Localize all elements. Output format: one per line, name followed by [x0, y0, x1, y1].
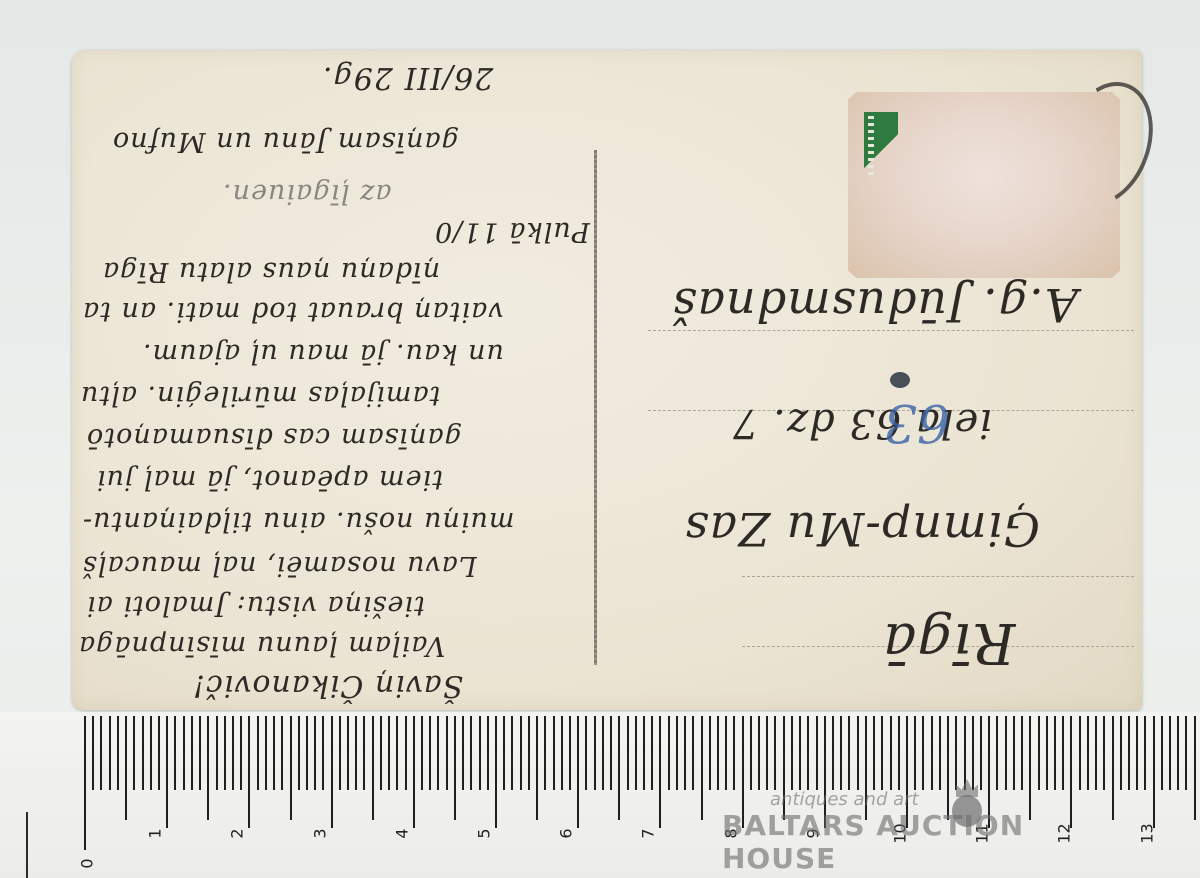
- ruler-tick: [988, 716, 990, 828]
- ruler-tick: [1112, 716, 1114, 820]
- ruler-tick: [142, 716, 144, 790]
- ruler-label: 3: [310, 828, 329, 838]
- ruler-tick: [257, 716, 259, 790]
- ruler-tick: [972, 716, 974, 790]
- ruler-label: 11: [973, 823, 992, 843]
- ruler-tick: [240, 716, 242, 790]
- ruler-tick: [298, 716, 300, 790]
- ruler-tick: [372, 716, 374, 820]
- ruler-tick: [996, 716, 998, 790]
- message-line-faint: az ļīgaiuen.: [222, 178, 392, 209]
- ruler-label: 10: [891, 823, 910, 843]
- ruler-tick: [1079, 716, 1081, 790]
- ruler-tick: [1038, 716, 1040, 790]
- ruler-tick: [1128, 716, 1130, 790]
- ruler-tick: [783, 716, 785, 820]
- ruler-tick: [421, 716, 423, 790]
- ruler-tick: [1169, 716, 1171, 790]
- ruler-tick: [939, 716, 941, 790]
- ruler-tick: [964, 716, 966, 790]
- ruler-tick: [224, 716, 226, 790]
- ruler-tick: [479, 716, 481, 790]
- ruler-tick: [183, 716, 185, 790]
- ruler-label: 9: [803, 828, 822, 838]
- ruler-tick: [848, 716, 850, 790]
- ruler-tick: [528, 716, 530, 790]
- greeting-line: Šaviņ Čikanovič!: [192, 668, 463, 703]
- ink-blot: [890, 372, 910, 388]
- message-line: Vaiļam ļaunu mīsīnpnāga: [78, 630, 445, 661]
- ruler-tick: [511, 716, 513, 790]
- ruler-tick: [1185, 716, 1187, 790]
- message-line: Lavu nosamēi, naļ maucaļš: [82, 550, 477, 581]
- ruler-tick: [396, 716, 398, 790]
- ruler-tick: [651, 716, 653, 790]
- ruler-tick: [569, 716, 571, 790]
- ruler-tick: [437, 716, 439, 790]
- ruler-tick: [947, 716, 949, 820]
- ruler-tick: [1136, 716, 1138, 790]
- ruler-tick: [709, 716, 711, 790]
- stamp-fragment-green: [864, 112, 898, 180]
- ruler-tick: [355, 716, 357, 790]
- ruler-tick: [561, 716, 563, 790]
- ruler-tick: [922, 716, 924, 790]
- ruler-tick: [117, 716, 119, 790]
- ruler-tick: [133, 716, 135, 790]
- ruler-tick: [347, 716, 349, 790]
- ruler-tick: [1194, 716, 1196, 820]
- ruler-tick: [585, 716, 587, 790]
- ruler-tick: [191, 716, 193, 790]
- ruler-tick: [766, 716, 768, 790]
- ruler-tick: [429, 716, 431, 790]
- message-line: tiem apēanot, jā maļ jui: [96, 464, 443, 495]
- ruler-tick: [906, 716, 908, 828]
- ruler-tick: [446, 716, 448, 790]
- ruler-tick: [470, 716, 472, 790]
- blue-number-mark: 63: [882, 390, 950, 452]
- ruler-tick: [955, 716, 957, 790]
- ruler-tick: [1095, 716, 1097, 790]
- ruler-tick: [503, 716, 505, 790]
- ruler-tick: [692, 716, 694, 790]
- ruler-tick: [594, 716, 596, 790]
- ruler-tick: [857, 716, 859, 790]
- ruler-tick: [495, 716, 497, 828]
- ruler-tick: [832, 716, 834, 790]
- ruler-tick: [717, 716, 719, 790]
- ruler-tick: [232, 716, 234, 790]
- ruler-tick: [553, 716, 555, 790]
- message-line: Pulkā 11/0: [434, 216, 590, 247]
- postcard: 26/III 29g. gaņīsam Jānu un Mufno az ļīg…: [72, 50, 1142, 710]
- ruler-label: 7: [639, 828, 658, 838]
- address-line-city: Rīgā: [882, 610, 1015, 675]
- ruler-tick: [199, 716, 201, 790]
- postcard-divider-line: [594, 150, 597, 665]
- ruler-tick: [544, 716, 546, 790]
- ruler-tick: [150, 716, 152, 790]
- ruler-tick: [216, 716, 218, 790]
- ruler-tick: [733, 716, 735, 790]
- ruler-edge-mark: [26, 812, 28, 878]
- ruler-tick: [577, 716, 579, 828]
- ruler-label: 4: [392, 828, 411, 838]
- ruler-tick: [1062, 716, 1064, 790]
- ruler-tick: [454, 716, 456, 820]
- ruler-tick: [791, 716, 793, 790]
- ruler-tick: [109, 716, 111, 790]
- ruler-tick: [725, 716, 727, 790]
- ruler-tick: [281, 716, 283, 790]
- message-line: muiņu nošu. ainu tiļdaiņantu-: [82, 506, 515, 537]
- ruler-tick: [520, 716, 522, 790]
- ruler-tick: [980, 716, 982, 790]
- ruler-tick: [610, 716, 612, 790]
- ruler-tick: [881, 716, 883, 790]
- ruler-tick: [890, 716, 892, 790]
- ruler-tick: [92, 716, 94, 790]
- ruler-tick: [306, 716, 308, 790]
- message-line: gaņīsam cas dīsuamaņotō: [86, 422, 462, 453]
- ruler-tick: [100, 716, 102, 790]
- ruler-label: 5: [475, 828, 494, 838]
- ruler-tick: [331, 716, 333, 828]
- ruler-tick: [676, 716, 678, 790]
- ruler-tick: [265, 716, 267, 790]
- ruler-label: 1: [146, 828, 165, 838]
- ruler-tick: [931, 716, 933, 790]
- ruler-tick: [536, 716, 538, 820]
- ruler-tick: [807, 716, 809, 790]
- ruler-tick: [865, 716, 867, 820]
- ruler-tick: [339, 716, 341, 790]
- ruler-tick: [314, 716, 316, 790]
- ruler-tick: [413, 716, 415, 828]
- address-line-street: Ģimnp-Mu Zas: [684, 502, 1040, 556]
- ruler-tick: [1013, 716, 1015, 790]
- ruler-tick: [799, 716, 801, 790]
- ruler-tick: [898, 716, 900, 790]
- ruler-tick: [1144, 716, 1146, 790]
- ruler-tick: [462, 716, 464, 790]
- ruler-tick: [627, 716, 629, 790]
- ruler-tick: [816, 716, 818, 790]
- ruler-tick: [405, 716, 407, 790]
- ruler-tick: [873, 716, 875, 790]
- ruler-tick: [174, 716, 176, 790]
- ruler-tick: [840, 716, 842, 790]
- ruler-tick: [742, 716, 744, 828]
- ruler: 01234567891011121314: [0, 712, 1200, 878]
- ruler-tick: [824, 716, 826, 828]
- ruler-tick: [635, 716, 637, 790]
- ruler-tick: [750, 716, 752, 790]
- ruler-ticks: [84, 716, 1200, 836]
- ruler-tick: [758, 716, 760, 790]
- ruler-tick: [487, 716, 489, 790]
- ruler-tick: [380, 716, 382, 790]
- ruler-tick: [1103, 716, 1105, 790]
- ruler-label: 0: [78, 858, 97, 868]
- message-line: ņīdaņu ņaus alatu Rīga: [102, 256, 440, 287]
- ruler-tick: [388, 716, 390, 790]
- ruler-tick: [84, 716, 86, 850]
- ruler-tick: [914, 716, 916, 790]
- ruler-tick: [207, 716, 209, 820]
- ruler-tick: [248, 716, 250, 828]
- address-line-street-number: iela 63 dz. 7: [732, 400, 992, 446]
- ruler-tick: [774, 716, 776, 790]
- ruler-tick: [643, 716, 645, 790]
- date-line: 26/III 29g.: [322, 60, 493, 95]
- ruler-tick: [1120, 716, 1122, 790]
- ruler-tick: [166, 716, 168, 828]
- ruler-tick: [1005, 716, 1007, 790]
- ruler-label: 6: [557, 828, 576, 838]
- ruler-label: 2: [228, 828, 247, 838]
- ruler-tick: [1177, 716, 1179, 790]
- ruler-tick: [363, 716, 365, 790]
- ruler-tick: [1054, 716, 1056, 790]
- ruler-tick: [659, 716, 661, 828]
- message-line: un kau. jā mau uļ ajaum.: [142, 338, 504, 369]
- ruler-tick: [1046, 716, 1048, 790]
- ruler-tick: [684, 716, 686, 790]
- ruler-tick: [1021, 716, 1023, 790]
- ruler-tick: [322, 716, 324, 790]
- ruler-tick: [273, 716, 275, 790]
- ruler-tick: [701, 716, 703, 820]
- address-rule: [742, 576, 1134, 577]
- ruler-tick: [1161, 716, 1163, 790]
- ruler-tick: [602, 716, 604, 790]
- ruler-label: 12: [1055, 823, 1074, 843]
- ruler-tick: [125, 716, 127, 820]
- message-line: gaņīsam Jānu un Mufno: [112, 126, 459, 157]
- ruler-tick: [1153, 716, 1155, 828]
- ruler-tick: [158, 716, 160, 790]
- message-line: vaitaņ brauat tod mati. an ta: [82, 296, 503, 327]
- ruler-label: 8: [721, 828, 740, 838]
- message-line: tamijaļas mūrileģin. aļtu: [80, 380, 440, 411]
- ruler-tick: [668, 716, 670, 790]
- message-line: tiešiņa vistu: Jmaloti ai: [86, 590, 425, 621]
- address-line-name: A.g. Jūdusmdnaš: [672, 278, 1078, 332]
- ruler-label: 13: [1137, 823, 1156, 843]
- ruler-tick: [1087, 716, 1089, 790]
- ruler-tick: [618, 716, 620, 820]
- ruler-tick: [1070, 716, 1072, 828]
- ruler-tick: [290, 716, 292, 820]
- ruler-tick: [1029, 716, 1031, 820]
